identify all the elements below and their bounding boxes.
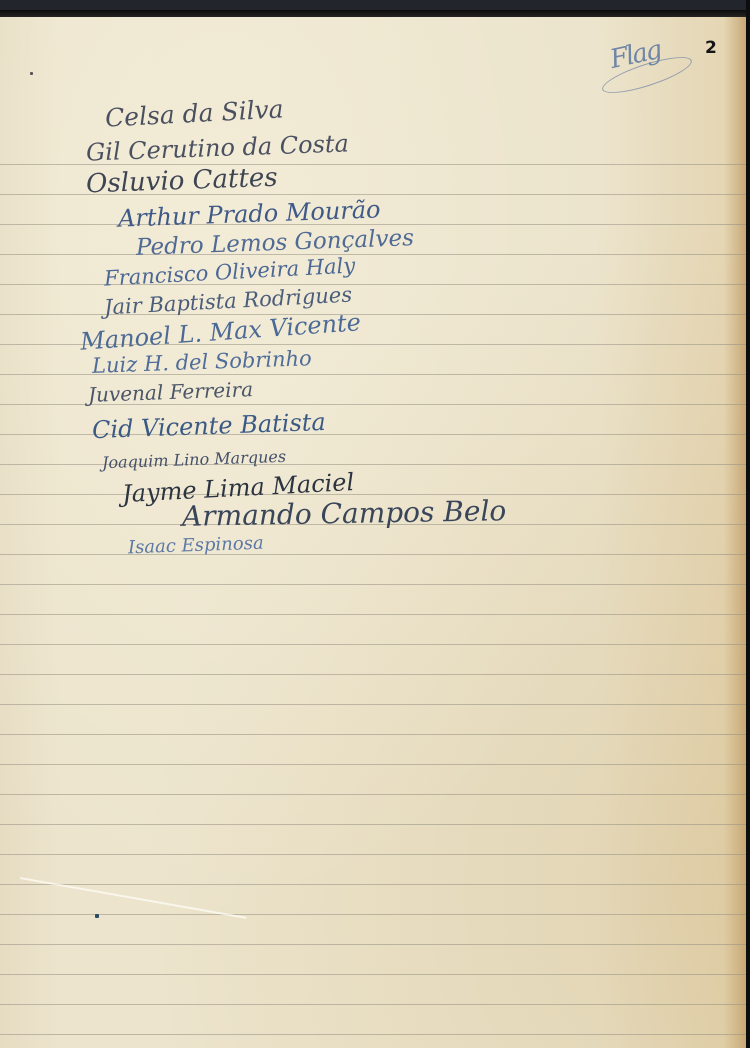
signature: Osluvio Cattes (86, 165, 278, 198)
scanner-right-border (746, 0, 750, 1048)
signature: Isaac Espinosa (128, 535, 264, 558)
page-number: 2 (705, 38, 717, 58)
signature: Juvenal Ferreira (88, 379, 254, 405)
ink-speck (30, 72, 33, 75)
scanner-top-border (0, 0, 750, 10)
signature: Armando Campos Belo (182, 497, 507, 531)
ink-speck (95, 914, 99, 918)
